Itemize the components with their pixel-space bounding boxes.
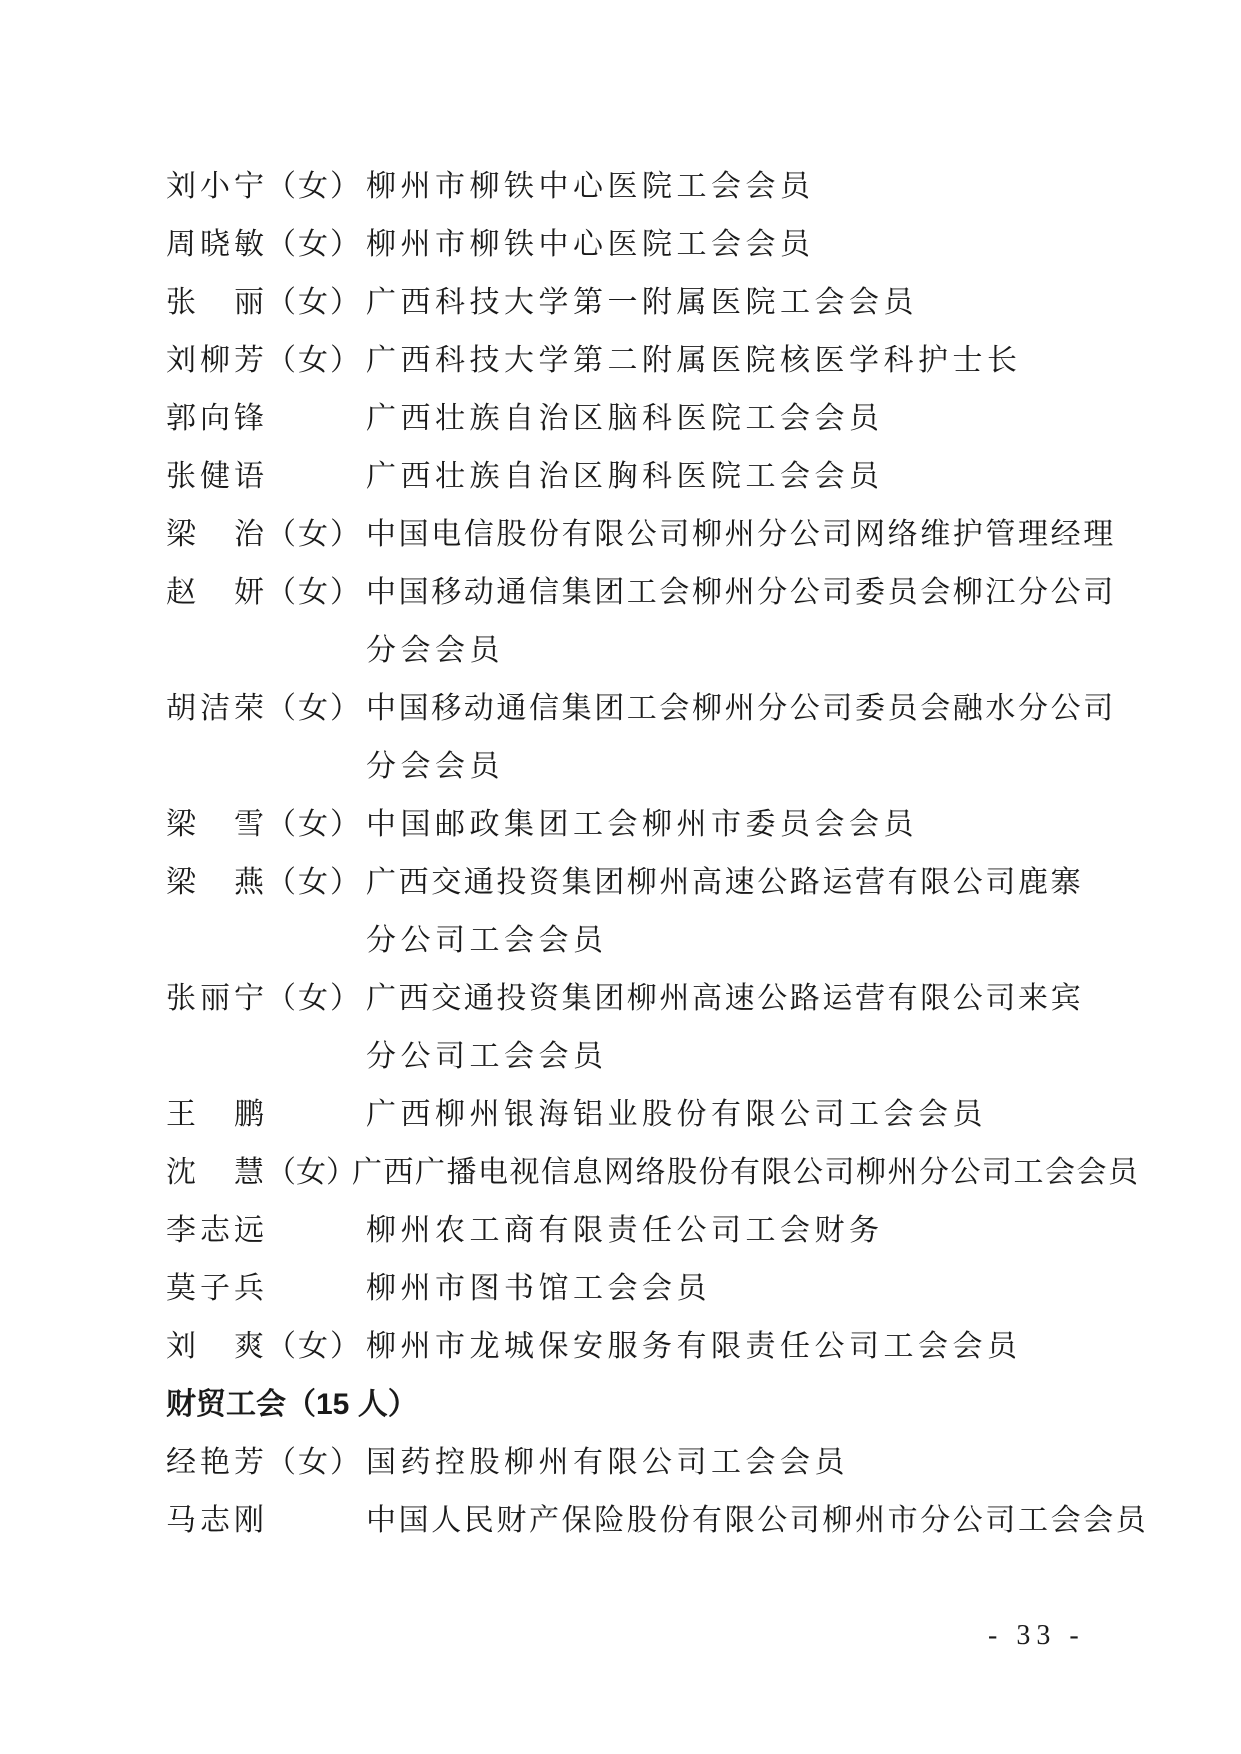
member-entry: 刘小宁 （女） 柳州市柳铁中心医院工会会员	[166, 158, 1096, 216]
member-organization-continuation: 分公司工会会员	[366, 1028, 608, 1086]
member-name: 张 丽	[166, 274, 266, 332]
member-entry: 梁 燕 （女） 广西交通投资集团柳州高速公路运营有限公司鹿寨	[166, 854, 1096, 912]
member-gender: （女）	[266, 680, 366, 738]
member-gender: （女）	[266, 332, 366, 390]
member-organization: 广西科技大学第一附属医院工会会员	[366, 274, 918, 332]
member-organization: 柳州市柳铁中心医院工会会员	[366, 216, 815, 274]
member-name: 王 鹏	[166, 1086, 266, 1144]
member-entry: 经艳芳 （女） 国药控股柳州有限公司工会会员	[166, 1434, 1096, 1492]
member-organization-continuation: 分会会员	[366, 738, 504, 796]
member-entry: 张 丽 （女） 广西科技大学第一附属医院工会会员	[166, 274, 1096, 332]
member-entry-continuation: 分会会员	[166, 738, 1096, 796]
member-organization: 柳州市龙城保安服务有限责任公司工会会员	[366, 1318, 1022, 1376]
member-name: 赵 妍	[166, 564, 266, 622]
page-number: - 33 -	[988, 1620, 1085, 1652]
member-entry: 胡洁荣 （女） 中国移动通信集团工会柳州分公司委员会融水分公司	[166, 680, 1096, 738]
member-entry: 莫子兵 柳州市图书馆工会会员	[166, 1260, 1096, 1318]
member-gender: （女）	[266, 158, 366, 216]
member-name: 刘柳芳	[166, 332, 266, 390]
member-name: 梁 治	[166, 506, 266, 564]
member-organization-continuation: 分公司工会会员	[366, 912, 608, 970]
member-gender: （女）	[266, 970, 366, 1028]
member-entry-continuation: 分会会员	[166, 622, 1096, 680]
member-organization: 中国移动通信集团工会柳州分公司委员会柳江分公司	[366, 564, 1116, 622]
member-entry: 郭向锋 广西壮族自治区脑科医院工会会员	[166, 390, 1096, 448]
member-organization: 广西科技大学第二附属医院核医学科护士长	[366, 332, 1022, 390]
member-gender: （女）	[266, 1318, 366, 1376]
member-name: 梁 燕	[166, 854, 266, 912]
member-entry: 梁 雪 （女） 中国邮政集团工会柳州市委员会会员	[166, 796, 1096, 854]
member-name: 李志远	[166, 1202, 266, 1260]
member-gender: （女）	[266, 564, 366, 622]
member-name: 刘 爽	[166, 1318, 266, 1376]
member-name: 胡洁荣	[166, 680, 266, 738]
member-entry: 刘 爽 （女） 柳州市龙城保安服务有限责任公司工会会员	[166, 1318, 1096, 1376]
member-name: 张健语	[166, 448, 266, 506]
member-name: 郭向锋	[166, 390, 266, 448]
member-list: 刘小宁 （女） 柳州市柳铁中心医院工会会员 周晓敏 （女） 柳州市柳铁中心医院工…	[166, 158, 1096, 1550]
member-name: 张丽宁	[166, 970, 266, 1028]
member-organization: 广西壮族自治区脑科医院工会会员	[366, 390, 884, 448]
document-page: 刘小宁 （女） 柳州市柳铁中心医院工会会员 周晓敏 （女） 柳州市柳铁中心医院工…	[0, 0, 1241, 1754]
member-gender: （女）	[266, 1434, 366, 1492]
member-organization: 柳州市图书馆工会会员	[366, 1260, 711, 1318]
member-entry: 沈 慧 （女） 广西广播电视信息网络股份有限公司柳州分公司工会会员	[166, 1144, 1096, 1202]
member-gender: （女）	[266, 216, 366, 274]
member-gender: （女）	[266, 854, 366, 912]
member-organization: 广西交通投资集团柳州高速公路运营有限公司鹿寨	[366, 854, 1083, 912]
member-gender: （女）	[266, 506, 366, 564]
member-entry: 刘柳芳 （女） 广西科技大学第二附属医院核医学科护士长	[166, 332, 1096, 390]
section-heading: 财贸工会（15 人）	[166, 1376, 1096, 1434]
member-gender: （女）	[266, 1144, 366, 1202]
member-organization: 中国移动通信集团工会柳州分公司委员会融水分公司	[366, 680, 1116, 738]
member-organization: 柳州农工商有限责任公司工会财务	[366, 1202, 884, 1260]
member-organization: 广西交通投资集团柳州高速公路运营有限公司来宾	[366, 970, 1083, 1028]
member-entry: 马志刚 中国人民财产保险股份有限公司柳州市分公司工会会员	[166, 1492, 1096, 1550]
member-organization: 国药控股柳州有限公司工会会员	[366, 1434, 849, 1492]
member-entry: 梁 治 （女） 中国电信股份有限公司柳州分公司网络维护管理经理	[166, 506, 1096, 564]
member-entry-continuation: 分公司工会会员	[166, 912, 1096, 970]
member-entry: 张丽宁 （女） 广西交通投资集团柳州高速公路运营有限公司来宾	[166, 970, 1096, 1028]
member-organization: 中国电信股份有限公司柳州分公司网络维护管理经理	[366, 506, 1116, 564]
member-entry: 张健语 广西壮族自治区胸科医院工会会员	[166, 448, 1096, 506]
member-organization: 柳州市柳铁中心医院工会会员	[366, 158, 815, 216]
member-organization: 中国人民财产保险股份有限公司柳州市分公司工会会员	[366, 1492, 1148, 1550]
member-name: 莫子兵	[166, 1260, 266, 1318]
member-gender: （女）	[266, 796, 366, 854]
member-entry: 王 鹏 广西柳州银海铝业股份有限公司工会会员	[166, 1086, 1096, 1144]
member-organization: 广西广播电视信息网络股份有限公司柳州分公司工会会员	[352, 1144, 1140, 1202]
member-entry-continuation: 分公司工会会员	[166, 1028, 1096, 1086]
member-entry: 周晓敏 （女） 柳州市柳铁中心医院工会会员	[166, 216, 1096, 274]
member-organization: 广西柳州银海铝业股份有限公司工会会员	[366, 1086, 987, 1144]
member-name: 刘小宁	[166, 158, 266, 216]
member-entry: 赵 妍 （女） 中国移动通信集团工会柳州分公司委员会柳江分公司	[166, 564, 1096, 622]
member-gender: （女）	[266, 274, 366, 332]
member-name: 周晓敏	[166, 216, 266, 274]
member-organization: 广西壮族自治区胸科医院工会会员	[366, 448, 884, 506]
member-name: 经艳芳	[166, 1434, 266, 1492]
member-name: 马志刚	[166, 1492, 266, 1550]
member-entry: 李志远 柳州农工商有限责任公司工会财务	[166, 1202, 1096, 1260]
member-organization: 中国邮政集团工会柳州市委员会会员	[366, 796, 918, 854]
member-name: 梁 雪	[166, 796, 266, 854]
member-organization-continuation: 分会会员	[366, 622, 504, 680]
member-name: 沈 慧	[166, 1144, 266, 1202]
